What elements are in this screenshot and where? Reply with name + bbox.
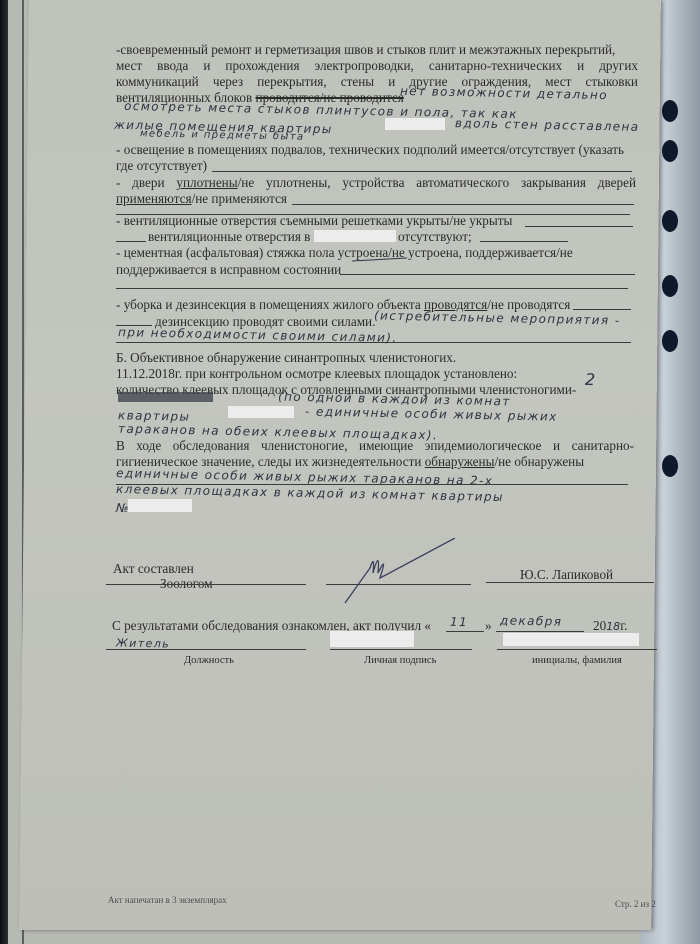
- date-day-line: [446, 631, 484, 632]
- doors-text: - двери уплотнены/не уплотнены, устройст…: [116, 175, 636, 190]
- selected-option: обнаружены: [425, 454, 495, 469]
- fill-line: [116, 342, 631, 343]
- redacted-address: [128, 499, 192, 512]
- fill-line: [525, 226, 633, 227]
- fill-line: [116, 288, 628, 289]
- redacted-name: [503, 633, 639, 646]
- handwritten-month: декабря: [500, 613, 563, 628]
- date-year: 2018г.: [593, 618, 627, 634]
- lighting-text: - освещение в помещениях подвалов, техни…: [116, 142, 624, 157]
- fill-line: [212, 171, 632, 172]
- vent-text: отсутствуют;: [398, 229, 472, 244]
- redacted-signature: [330, 631, 414, 647]
- name-line: [497, 649, 657, 650]
- lighting-text: где отсутствует): [116, 158, 207, 173]
- floor-text: поддерживается в исправном состоянии: [116, 262, 341, 277]
- handwritten-day: 11: [450, 615, 468, 629]
- date-separator: »: [485, 618, 492, 633]
- repair-text: -своевременный ремонт и герметизация шво…: [116, 42, 615, 57]
- handwritten-year: 18: [606, 620, 620, 633]
- page-number: Стр. 2 из 2: [615, 897, 656, 912]
- position-label: Должность: [184, 653, 234, 668]
- doors-rest: /не уплотнены, устройства автоматическог…: [238, 175, 636, 190]
- signature-line: [106, 584, 306, 585]
- copies-note: Акт напечатан в 3 экземплярах: [108, 893, 227, 908]
- floor-text: - цементная (асфальтовая) стяжка пола ус…: [116, 245, 573, 260]
- section-b-text: 11.12.2018г. при контрольном осмотре кле…: [116, 366, 517, 381]
- fill-line: [573, 309, 631, 310]
- date-month-line: [496, 631, 584, 632]
- scribbled-out-text: [118, 392, 213, 402]
- cleaning-text: - уборка и дезинсекция в помещениях жило…: [116, 297, 570, 312]
- doors-rest: /не применяются: [192, 191, 287, 206]
- findings-rest: /не обнаружены: [494, 454, 584, 469]
- signature-mark: [340, 538, 460, 608]
- binder-hole: [662, 330, 678, 352]
- composed-label: Акт составлен: [113, 561, 194, 576]
- binder-hole: [662, 140, 678, 162]
- findings-text: В ходе обследования членистоногие, имеющ…: [116, 438, 634, 453]
- signature-line: [330, 649, 472, 650]
- composer-name: Ю.С. Лапиковой: [520, 567, 613, 582]
- year-prefix: 20: [593, 618, 606, 633]
- doors-prefix: - двери: [116, 175, 165, 190]
- selected-option: применяются: [116, 191, 192, 206]
- year-suffix: г.: [620, 618, 627, 633]
- doors-text: применяются/не применяются: [116, 191, 287, 206]
- signature-label: Личная подпись: [364, 653, 436, 668]
- redacted-address: [385, 118, 445, 130]
- position-line: [106, 649, 306, 650]
- section-b-heading: Б. Объективное обнаружение синантропных …: [116, 350, 456, 365]
- fill-line: [480, 241, 568, 242]
- vent-text: - вентиляционные отверстия съемными реше…: [116, 213, 512, 228]
- signature-line: [486, 582, 654, 583]
- fill-line: [116, 241, 146, 242]
- redacted-address: [228, 406, 294, 418]
- repair-text: мест ввода и прохождения электропроводки…: [116, 58, 638, 73]
- handwritten-count: 2: [585, 370, 597, 389]
- selected-option: уплотнены: [176, 175, 237, 190]
- fill-line: [292, 204, 634, 205]
- redacted-address: [314, 230, 396, 242]
- fill-line: [340, 274, 635, 275]
- vent-text: вентиляционные отверстия в: [148, 229, 310, 244]
- binder-hole: [662, 210, 678, 232]
- cleaning-rest: /не проводятся: [487, 297, 570, 312]
- binder-hole: [662, 275, 678, 297]
- binder-hole: [662, 455, 678, 477]
- name-label: инициалы, фамилия: [532, 653, 622, 668]
- binder-hole: [662, 100, 678, 122]
